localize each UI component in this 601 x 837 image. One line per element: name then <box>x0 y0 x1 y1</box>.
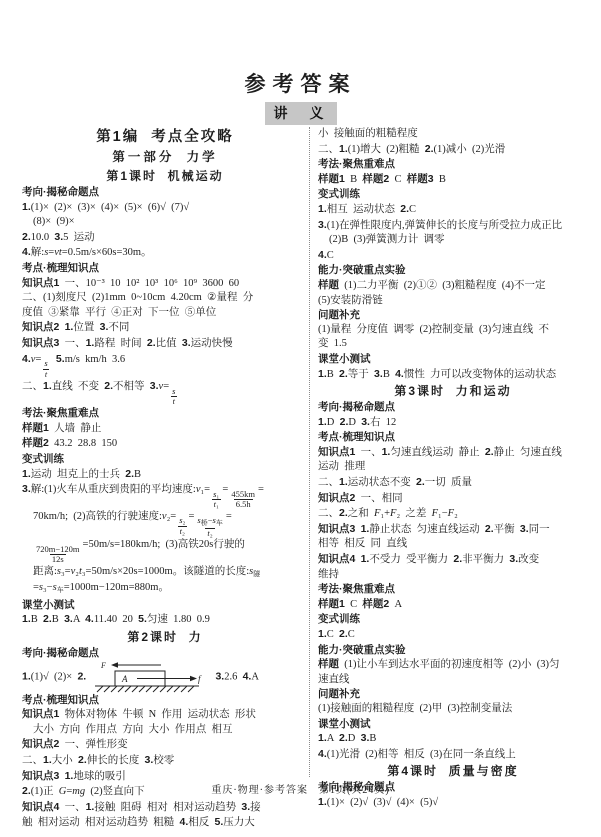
text-segment: 知识点1 <box>22 277 59 289</box>
text-segment: 3. <box>64 613 73 625</box>
text-segment: 2. <box>147 337 156 349</box>
text-segment: D <box>327 417 340 428</box>
text-segment: 3. <box>215 670 224 682</box>
text-segment: =1000m−120m=880m。 <box>64 582 169 593</box>
text-segment: 解:(1)火车从重庆到贵阳的平均速度: <box>31 484 196 495</box>
text-segment: 同一 <box>529 524 550 535</box>
ground-hatch <box>181 686 187 692</box>
text-segment: 3. <box>150 380 159 392</box>
text-segment: 考法·聚焦重难点 <box>318 583 395 595</box>
force-label: F <box>100 661 106 670</box>
column-divider <box>309 127 310 777</box>
text-segment: B <box>31 614 43 625</box>
text-segment: (1)× (2)√ (3)√ (4)× (5)√ <box>327 797 438 808</box>
answer-line: (5)安装防滑链 <box>318 294 588 309</box>
answer-line: 知识点4 1.不受力 受平衡力 2.非平衡力 3.改变 <box>318 552 588 568</box>
section-label: 变式训练 <box>22 452 308 467</box>
text-segment: 70km/h; (2)高铁的行驶速度: <box>33 511 162 522</box>
block-label: A <box>121 674 128 684</box>
ground-hatch <box>167 686 173 692</box>
text-segment: 一、弹性形变 <box>59 739 127 750</box>
text-segment: C <box>389 174 407 185</box>
fraction: 720m−120m12s <box>34 545 82 565</box>
text-segment: 考点·梳理知识点 <box>318 431 395 443</box>
answer-line: 距离:s₃=v₂t₃=50m/s×20s=1000m。该隧道的长度:s隧 <box>22 565 308 582</box>
text-segment: 变式训练 <box>22 453 64 465</box>
text-segment: 1. <box>22 468 31 480</box>
text-segment: 4. <box>22 246 31 258</box>
force-arrowhead <box>111 662 118 667</box>
text-segment: D <box>348 417 361 428</box>
text-segment: 3. <box>374 368 383 380</box>
answer-line: 度值 ③紧靠 平行 ④正对 下一位 ⑤单位 <box>22 306 308 321</box>
section-label: 课堂小测试 <box>318 717 588 732</box>
text-segment: 720m−120m <box>36 544 80 554</box>
text-segment: 匀速直线运动 静止 <box>390 447 485 458</box>
text-segment: 地球的吸引 <box>73 771 126 782</box>
answer-line: 变 1.5 <box>318 337 588 352</box>
text-segment: 惯性 力可以改变物体的运动状态 <box>404 369 556 380</box>
section-label: 考法·聚焦重难点 <box>318 582 588 597</box>
text-segment: 运动 推理 <box>318 461 365 472</box>
text-segment: 相反 <box>188 817 214 828</box>
text-segment: 11.40 20 <box>94 614 138 625</box>
text-segment: 等于 <box>348 369 374 380</box>
text-segment: = <box>226 511 232 522</box>
text-segment: 1. <box>339 143 348 155</box>
text-segment: ₃− <box>43 582 53 593</box>
ground-hatch <box>139 686 145 692</box>
answer-line: 1.运动 坦克上的士兵 2.B <box>22 467 308 483</box>
fraction: st <box>170 387 177 407</box>
text-segment: B <box>345 174 363 185</box>
answer-line: 二、(1)刻度尺 (2)1mm 0~10cm 4.20cm ②量程 分 <box>22 291 308 306</box>
text-segment: 知识点3 <box>22 337 59 349</box>
text-segment: C <box>345 599 363 610</box>
text-segment: t <box>173 396 175 406</box>
text-segment: 大小 方向 作用点 方向 大小 作用点 相互 <box>33 724 233 735</box>
text-segment: 二、 <box>22 755 43 766</box>
answer-line: 4.解:s=vt=0.5m/s×60s=30m。 <box>22 245 308 261</box>
answer-line: 样题1 C 样题2 A <box>318 597 588 613</box>
text-segment: 3. <box>22 483 31 495</box>
text-segment: 相互 运动状态 <box>327 204 401 215</box>
text-segment: 运动状态不变 <box>348 477 416 488</box>
ground-hatch <box>125 686 131 692</box>
text-segment: 一、 <box>355 447 381 458</box>
text-segment: 4. <box>318 249 327 261</box>
text-segment: 能力·突破重点实验 <box>318 644 406 656</box>
section-label: 考向·揭秘命题点 <box>22 646 308 661</box>
answer-line: 样题 (1)让小车到达水平面的初速度相等 (2)小 (3)匀 <box>318 657 588 673</box>
text-segment: 二、 <box>318 477 339 488</box>
answer-line: 4.C <box>318 248 588 264</box>
answer-line: (1)接触面的粗糙程度 (2)甲 (3)控制变量法 <box>318 702 588 717</box>
answer-line: 1.A 2.D 3.B <box>318 731 588 747</box>
text-segment: ₁+ <box>380 508 390 519</box>
text-segment: =0.5m/s×60s=30m。 <box>62 247 152 258</box>
text-segment: 之和 <box>348 508 374 519</box>
text-segment: 2. <box>339 507 348 519</box>
text-segment: 2. <box>339 732 348 744</box>
answer-line: 70km/h; (2)高铁的行驶速度:v₂=s₂t₂=s桥−s车t₂= <box>22 510 308 539</box>
text-segment: B <box>52 614 64 625</box>
text-segment: 2. <box>339 368 348 380</box>
text-segment: 静止状态 匀速直线运动 <box>369 524 485 535</box>
text-segment: 1. <box>318 203 327 215</box>
answer-line: 1.D 2.D 3.右 12 <box>318 415 588 431</box>
text-segment: = <box>188 511 194 522</box>
text-segment: 3. <box>145 754 154 766</box>
text-segment: 2. <box>453 553 462 565</box>
text-segment: 考法·聚焦重难点 <box>22 407 99 419</box>
answer-line: 二、2.之和 F₁+F₂ 之差 F₁−F₂ <box>318 506 588 522</box>
text-segment: (1)增大 (2)粗糙 <box>348 144 425 155</box>
answer-line: (1)量程 分度值 调零 (2)控制变量 (3)匀速直线 不 <box>318 323 588 338</box>
text-segment: 4. <box>395 368 404 380</box>
text-segment: 知识点2 <box>22 321 59 333</box>
text-segment: 10.0 <box>31 232 55 243</box>
text-segment: 12s <box>52 554 64 564</box>
text-segment: ₂ <box>182 526 185 536</box>
text-segment: 4. <box>180 816 189 828</box>
section-label: 考法·聚焦重难点 <box>318 157 588 172</box>
text-segment: (1)二力平衡 (2)①② (3)粗糙程度 (4)不一定 <box>339 280 545 291</box>
text-segment: 接 <box>250 802 261 813</box>
text-segment: 路程 时间 <box>94 338 147 349</box>
section-heading: 第1编 考点全攻略 <box>22 127 308 148</box>
answer-line: 1.(1)× (2)√ (3)√ (4)× (5)√ <box>318 795 588 811</box>
text-segment: B <box>383 369 395 380</box>
text-segment: (1)减小 (2)光滑 <box>434 144 506 155</box>
ground-hatch <box>97 686 103 692</box>
answer-line: 知识点1 一、10⁻³ 10 10² 10³ 10⁶ 10⁹ 3600 60 <box>22 276 308 292</box>
text-segment: (1)光滑 (2)相等 相反 (3)在同一条直线上 <box>327 749 516 760</box>
text-segment: 问题补充 <box>318 309 360 321</box>
answer-line: =s₃−s车=1000m−120m=880m。 <box>22 581 308 598</box>
text-segment: 度值 ③紧靠 平行 ④正对 下一位 ⑤单位 <box>22 307 216 318</box>
text-segment: ₁= <box>201 484 211 495</box>
text-segment: 2. <box>485 446 494 458</box>
section-heading: 第4课时 质量与密度 <box>318 762 588 780</box>
text-segment: 知识点3 <box>22 770 59 782</box>
text-segment: A <box>327 733 339 744</box>
text-segment: 样题2 <box>22 437 49 449</box>
answer-line: 4.(1)光滑 (2)相等 相反 (3)在同一条直线上 <box>318 747 588 763</box>
text-segment: ₂ <box>183 515 186 525</box>
answer-line: 样题1 B 样题2 C 样题3 B <box>318 172 588 188</box>
text-segment: B <box>369 733 376 744</box>
text-segment: 2. <box>485 523 494 535</box>
text-segment: 1. <box>43 380 52 392</box>
text-segment: 5. <box>138 613 147 625</box>
text-segment: (1)量程 分度值 调零 (2)控制变量 (3)匀速直线 不 <box>318 324 549 335</box>
text-segment: 3. <box>361 416 370 428</box>
text-segment: 位置 <box>73 322 99 333</box>
text-segment: 样题 <box>318 658 339 670</box>
text-segment: 距离: <box>33 566 57 577</box>
section-label: 考点·梳理知识点 <box>22 261 308 276</box>
text-segment: 第4课时 质量与密度 <box>387 764 518 778</box>
text-segment: 一、 <box>59 802 85 813</box>
answer-line: 3.解:(1)火车从重庆到贵阳的平均速度:v₁=s₁t₁=455km6.5h= <box>22 482 308 509</box>
text-segment: 静止 匀速直线 <box>494 447 562 458</box>
answer-line: 相等 相反 同 直线 <box>318 537 588 552</box>
text-segment: 1. <box>318 368 327 380</box>
text-segment: C <box>409 204 416 215</box>
fraction: st <box>42 359 49 379</box>
text-segment: A <box>389 599 402 610</box>
section-label: 能力·突破重点实验 <box>318 643 588 658</box>
text-segment: 物体对物体 牛顿 N 作用 运动状态 形状 <box>59 709 256 720</box>
text-segment: C <box>348 629 355 640</box>
answer-line: 大小 方向 作用点 方向 大小 作用点 相互 <box>22 723 308 738</box>
text-segment: 知识点1 <box>22 708 59 720</box>
page-title: 参考答案 <box>0 68 601 98</box>
ground-hatch <box>160 686 166 692</box>
section-heading: 第1课时 机械运动 <box>22 167 308 185</box>
text-segment: 非平衡力 <box>462 554 509 565</box>
answer-line: 3.(1)在弹性限度内,弹簧伸长的长度与所受拉力成正比 <box>318 218 588 234</box>
ground-hatch <box>188 686 194 692</box>
text-segment: ₁− <box>438 508 448 519</box>
answer-line: 1.C 2.C <box>318 627 588 643</box>
text-segment: 不受力 受平衡力 <box>369 554 453 565</box>
answer-line: 小 接触面的粗糙程度 <box>318 127 588 142</box>
ground-hatch <box>111 686 117 692</box>
text-segment: 2. <box>400 203 409 215</box>
text-segment: 样题2 <box>362 173 389 185</box>
answer-line: 知识点1 物体对物体 牛顿 N 作用 运动状态 形状 <box>22 707 308 723</box>
text-segment: ₂= <box>167 511 177 522</box>
text-segment: 一切 质量 <box>425 477 472 488</box>
text-segment: 3. <box>318 219 327 231</box>
text-segment: 伸长的长度 <box>87 755 145 766</box>
answer-line: 1.(1)× (2)× (3)× (4)× (5)× (6)√ (7)√ <box>22 200 308 216</box>
answer-line: 知识点3 1.静止状态 匀速直线运动 2.平衡 3.同一 <box>318 522 588 538</box>
text-segment: = <box>222 484 228 495</box>
text-segment: 1. <box>318 628 327 640</box>
text-segment: (2)B (3)弹簧测力计 调零 <box>329 234 445 245</box>
friction-arrowhead <box>190 675 197 680</box>
text-segment: 3. <box>241 801 250 813</box>
text-segment: 样题1 <box>318 598 345 610</box>
text-segment: 第2课时 力 <box>127 630 202 644</box>
answer-line: 运动 推理 <box>318 460 588 475</box>
text-segment: ₂ <box>454 508 458 519</box>
answer-line: 知识点1 一、1.匀速直线运动 静止 2.静止 匀速直线 <box>318 445 588 461</box>
text-segment: 解: <box>31 247 44 258</box>
text-segment: 1. <box>22 613 31 625</box>
answer-line: 1.(1)√ (2)× 2.AfF 3.2.6 4.A <box>22 661 308 693</box>
text-segment: = <box>163 381 169 392</box>
text-segment: 1. <box>339 476 348 488</box>
text-segment: B <box>327 369 339 380</box>
text-segment: 车 <box>57 586 64 594</box>
answer-line: 知识点2 1.位置 3.不同 <box>22 320 308 336</box>
text-segment: A <box>73 614 85 625</box>
text-segment: 二、 <box>22 381 43 392</box>
text-segment: 不相等 <box>113 381 150 392</box>
text-segment: 变 1.5 <box>318 338 347 349</box>
section-label: 变式训练 <box>318 187 588 202</box>
answer-line: 样题 (1)二力平衡 (2)①② (3)粗糙程度 (4)不一定 <box>318 278 588 294</box>
text-segment: ₂ <box>210 528 213 538</box>
answer-line: 维持 <box>318 568 588 583</box>
text-segment: 一、10⁻³ 10 10² 10³ 10⁶ 10⁹ 3600 60 <box>59 278 239 289</box>
section-label: 课堂小测试 <box>318 352 588 367</box>
answer-line: 二、1.大小 2.伸长的长度 3.校零 <box>22 753 308 769</box>
left-column: 第1编 考点全攻略第一部分 力学第1课时 机械运动考向·揭秘命题点1.(1)× … <box>22 127 308 831</box>
text-segment: 2. <box>78 754 87 766</box>
section-label: 能力·突破重点实验 <box>318 263 588 278</box>
answer-line: 4.v=st 5.m/s km/h 3.6 <box>22 352 308 379</box>
text-segment: 车 <box>216 519 223 527</box>
text-segment: 2. <box>416 476 425 488</box>
text-segment: s <box>44 358 47 368</box>
text-segment: ₃= <box>61 566 71 577</box>
text-segment: vt <box>54 247 62 258</box>
text-segment: 相等 相反 同 直线 <box>318 538 407 549</box>
text-segment: 考法·聚焦重难点 <box>318 158 395 170</box>
text-segment: 样题1 <box>318 173 345 185</box>
text-segment: m/s km/h 3.6 <box>65 354 125 365</box>
text-segment: 考向·揭秘命题点 <box>318 401 395 413</box>
force-diagram: AfF <box>89 661 207 693</box>
answer-line: 二、1.(1)增大 (2)粗糙 2.(1)减小 (2)光滑 <box>318 142 588 158</box>
section-heading: 第2课时 力 <box>22 628 308 646</box>
text-segment: 触 相对运动 相对运动趋势 粗糙 <box>22 817 180 828</box>
text-segment: 知识点4 <box>22 801 59 813</box>
text-segment: 6.5h <box>236 499 251 509</box>
text-segment: 大小 <box>52 755 78 766</box>
text-segment: B <box>434 174 446 185</box>
text-segment: 第3课时 力和运动 <box>394 384 511 398</box>
text-segment: 5. <box>56 353 65 365</box>
text-segment: 二、(1)刻度尺 (2)1mm 0~10cm 4.20cm ②量程 分 <box>22 292 253 303</box>
answer-line: 样题1 人墙 静止 <box>22 421 308 437</box>
text-segment: 4. <box>22 353 31 365</box>
text-segment: 第1课时 机械运动 <box>106 169 223 183</box>
right-column: 小 接触面的粗糙程度二、1.(1)增大 (2)粗糙 2.(1)减小 (2)光滑考… <box>318 127 588 811</box>
text-segment: 考向·揭秘命题点 <box>22 647 99 659</box>
text-segment: 1. <box>22 201 31 213</box>
text-segment: = <box>258 484 264 495</box>
ground-hatch <box>146 686 152 692</box>
answer-line: 二、1.运动状态不变 2.一切 质量 <box>318 475 588 491</box>
text-segment: 2. <box>22 231 31 243</box>
text-segment: 校零 <box>153 755 174 766</box>
text-segment: C <box>327 250 334 261</box>
text-segment: 变式训练 <box>318 613 360 625</box>
text-segment: 455km <box>231 489 255 499</box>
text-segment: 2. <box>339 628 348 640</box>
text-segment: ₃=50m/s×20s=1000m。该隧道的长度: <box>82 566 249 577</box>
text-segment: 改变 <box>518 554 539 565</box>
text-segment: 2.6 <box>224 671 242 682</box>
answer-line: 知识点2 一、弹性形变 <box>22 737 308 753</box>
section-label: 变式训练 <box>318 612 588 627</box>
page-footer: 重庆·物理·参考答案 第1页(共24页) <box>0 781 601 796</box>
text-segment: 直线 不变 <box>52 381 105 392</box>
text-segment: 样题 <box>318 279 339 291</box>
lecture-notes-stamp: 讲 义 <box>265 102 337 125</box>
text-segment: ₂ 之差 <box>396 508 431 519</box>
text-segment: 压力大 <box>223 817 255 828</box>
text-segment: 知识点2 <box>318 492 355 504</box>
text-segment: =50m/s=180km/h; (3)高铁20s行驶的 <box>83 539 245 550</box>
text-segment: 人墙 静止 <box>49 423 102 434</box>
text-segment: 考向·揭秘命题点 <box>22 186 99 198</box>
text-segment: 匀速 1.80 0.9 <box>147 614 210 625</box>
text-segment: 3. <box>182 337 191 349</box>
text-segment: 1. <box>318 732 327 744</box>
section-label: 问题补充 <box>318 308 588 323</box>
text-segment: 2. <box>43 613 52 625</box>
text-segment: 知识点4 <box>318 553 355 565</box>
text-segment: 比值 <box>156 338 182 349</box>
text-segment: 知识点2 <box>22 738 59 750</box>
text-segment: 43.2 28.8 150 <box>49 438 117 449</box>
text-segment: 2. <box>125 468 134 480</box>
section-label: 考向·揭秘命题点 <box>22 185 308 200</box>
ground-hatch <box>174 686 180 692</box>
answer-line: 触 相对运动 相对运动趋势 粗糙 4.相反 5.压力大 <box>22 815 308 831</box>
text-segment: 速直线 <box>318 674 350 685</box>
text-segment: 变式训练 <box>318 188 360 200</box>
section-label: 课堂小测试 <box>22 598 308 613</box>
text-segment: (1)× (2)× (3)× (4)× (5)× (6)√ (7)√ <box>31 202 189 213</box>
ground-hatch <box>104 686 110 692</box>
section-label: 考向·揭秘命题点 <box>318 400 588 415</box>
ground-hatch <box>153 686 159 692</box>
text-segment: 3. <box>509 553 518 565</box>
text-segment: 课堂小测试 <box>318 353 371 365</box>
text-segment: C <box>327 629 339 640</box>
text-segment: ₁ <box>216 489 219 499</box>
answer-line: 二、1.直线 不变 2.不相等 3.v=st <box>22 379 308 406</box>
text-segment: 2. <box>104 380 113 392</box>
text-segment: 右 12 <box>370 417 396 428</box>
answer-key-page: 参考答案 讲 义 第1编 考点全攻略第一部分 力学第1课时 机械运动考向·揭秘命… <box>0 0 601 837</box>
answer-line: 720m−120m12s=50m/s=180km/h; (3)高铁20s行驶的 <box>22 538 308 564</box>
answer-line: 速直线 <box>318 673 588 688</box>
text-segment: 知识点1 <box>318 446 355 458</box>
answer-line: (2)B (3)弹簧测力计 调零 <box>318 233 588 248</box>
text-segment: 4. <box>85 613 94 625</box>
text-segment: 2. <box>77 670 86 682</box>
text-segment: = <box>35 354 41 365</box>
text-segment: 1. <box>318 796 327 808</box>
text-segment: 课堂小测试 <box>318 718 371 730</box>
text-segment: 考点·梳理知识点 <box>22 694 99 706</box>
text-segment: t <box>45 369 47 379</box>
text-segment: 知识点3 <box>318 523 355 535</box>
text-segment: (1)让小车到达水平面的初速度相等 (2)小 (3)匀 <box>339 659 559 670</box>
text-segment: 1. <box>318 416 327 428</box>
text-segment: 二、 <box>318 144 339 155</box>
text-segment: 2. <box>425 143 434 155</box>
text-segment: 不同 <box>108 322 129 333</box>
text-segment: s <box>172 386 175 396</box>
answer-line: 1.B 2.等于 3.B 4.惯性 力可以改变物体的运动状态 <box>318 367 588 383</box>
answer-line: 1.相互 运动状态 2.C <box>318 202 588 218</box>
text-segment: 运动快慢 <box>191 338 233 349</box>
answer-line: 知识点4 一、1.接触 阻碍 相对 相对运动趋势 3.接 <box>22 800 308 816</box>
answer-line: 2.10.0 3.5 运动 <box>22 230 308 246</box>
text-segment: 隧 <box>253 570 260 578</box>
text-segment: 考点·梳理知识点 <box>22 262 99 274</box>
